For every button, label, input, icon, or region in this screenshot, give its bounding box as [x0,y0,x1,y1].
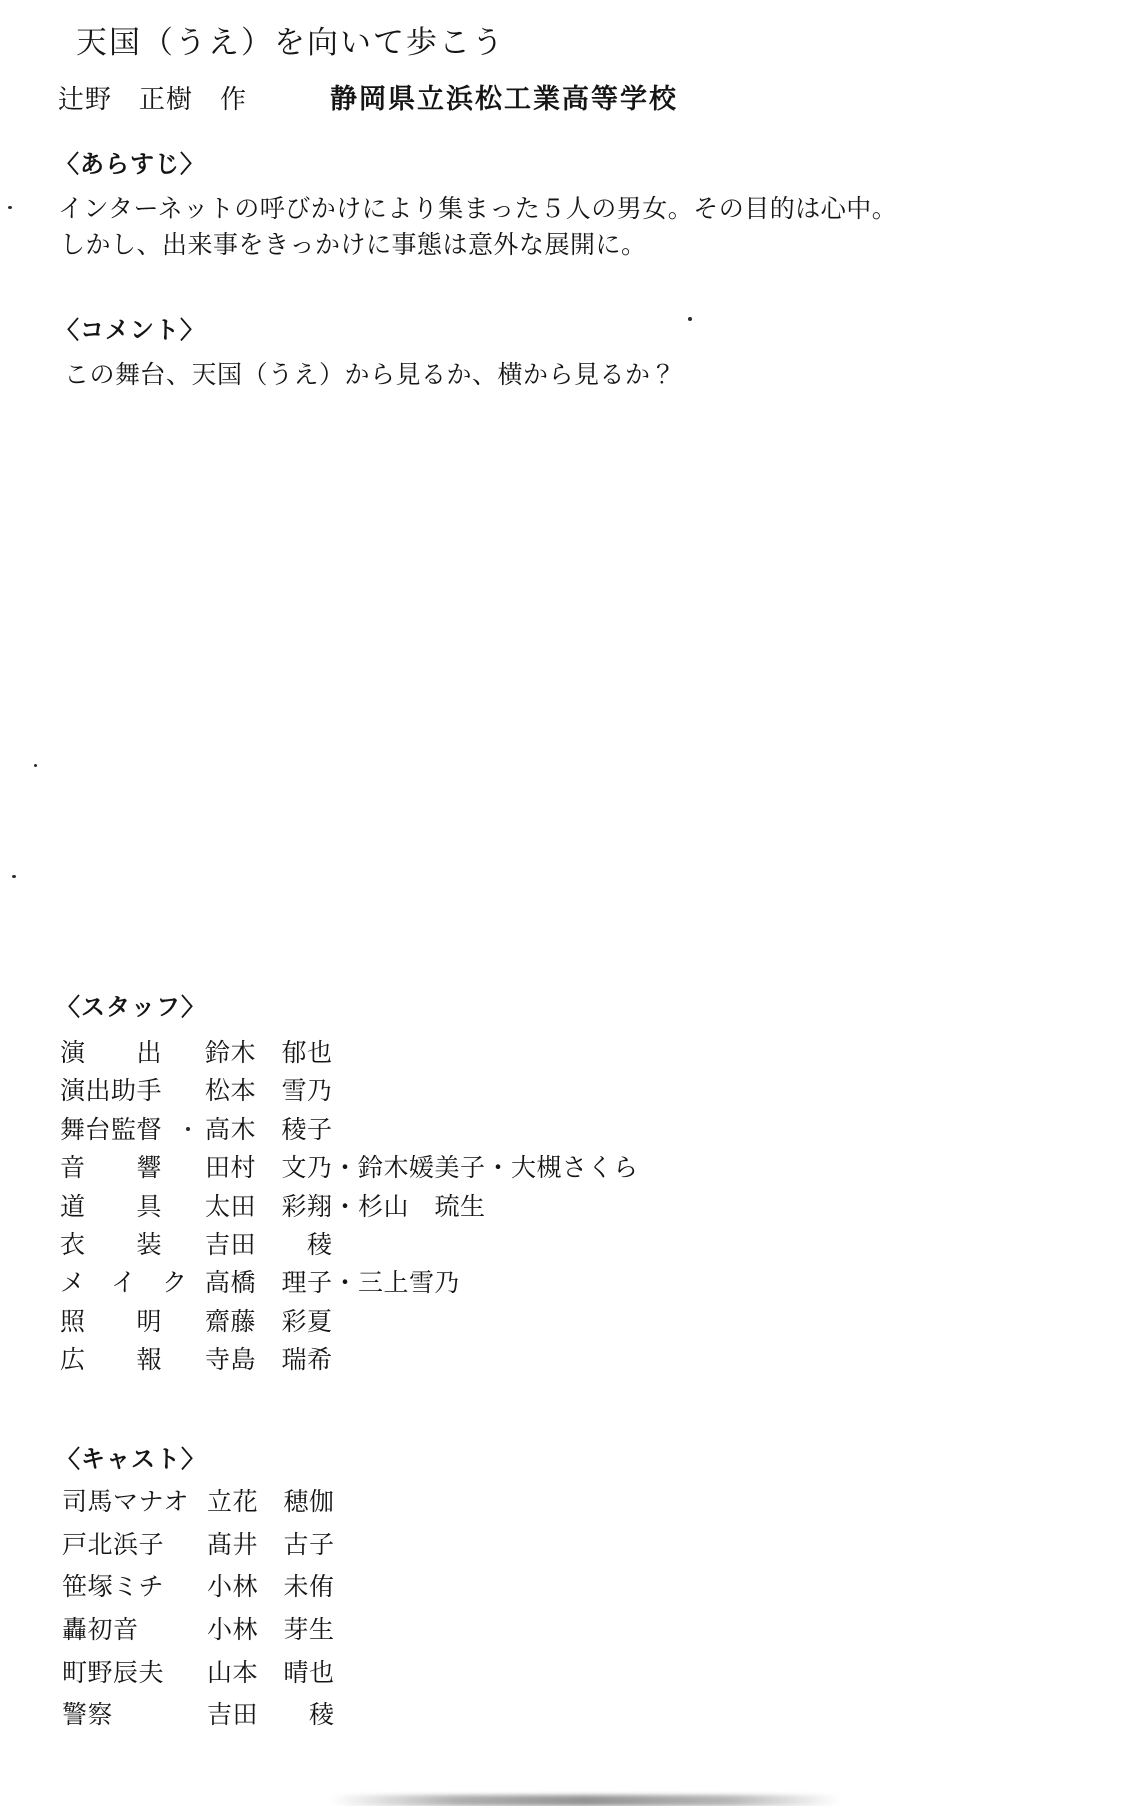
staff-member-name: 太田 彩翔・杉山 琉生 [205,1192,486,1223]
cast-row: 笹塚ミチ 小林 未侑 [62,1572,335,1615]
staff-row: 演 出 鈴木 郁也 [60,1038,639,1076]
staff-row: 照 明 齋藤 彩夏 [60,1307,639,1345]
staff-row: 広 報 寺島 瑞希 [60,1345,639,1383]
cast-role: 司馬マナオ [62,1487,207,1518]
staff-role: 衣 装 [60,1230,205,1261]
staff-member-name: 松本 雪乃 [205,1076,333,1107]
cast-role: 警察 [62,1700,207,1731]
comment-heading: 〈コメント〉 [55,316,205,346]
staff-role: メ イ ク [60,1268,205,1299]
school-name: 静岡県立浜松工業高等学校 [330,83,678,117]
cast-row: 轟初音 小林 芽生 [62,1615,335,1658]
scan-speck [8,206,12,209]
synopsis-line-1: インターネットの呼びかけにより集まった５人の男女。その目的は心中。 [58,194,897,225]
staff-member-name: 高橋 理子・三上雪乃 [205,1268,460,1299]
cast-actor-name: 吉田 稜 [207,1700,335,1731]
cast-actor-name: 小林 芽生 [207,1615,335,1646]
staff-member-name: 鈴木 郁也 [205,1038,333,1069]
staff-row: 音 響 田村 文乃・鈴木媛美子・大槻さくら [60,1153,639,1191]
staff-role: 広 報 [60,1345,205,1376]
cast-row: 警察 吉田 稜 [62,1700,335,1743]
cast-actor-name: 山本 晴也 [207,1658,335,1689]
scanned-document-page: 天国（うえ）を向いて歩こう 辻野 正樹 作 静岡県立浜松工業高等学校 〈あらすじ… [0,0,1130,1806]
staff-row: メ イ ク 高橋 理子・三上雪乃 [60,1268,639,1306]
cast-heading: 〈キャスト〉 [56,1445,206,1475]
staff-row: 衣 装 吉田 稜 [60,1230,639,1268]
cast-list: 司馬マナオ 立花 穂伽 戸北浜子 髙井 古子 笹塚ミチ 小林 未侑 轟初音 小林… [62,1487,335,1743]
cast-actor-name: 小林 未侑 [207,1572,335,1603]
cast-role: 轟初音 [62,1615,207,1646]
scan-speck [688,317,692,321]
staff-list: 演 出 鈴木 郁也 演出助手 松本 雪乃 舞台監督 高木 稜子 音 響 田村 文… [60,1038,639,1384]
staff-row: 演出助手 松本 雪乃 [60,1076,639,1114]
cast-role: 戸北浜子 [62,1530,207,1561]
staff-role: 舞台監督 [60,1115,205,1146]
scan-speck [186,1127,190,1131]
staff-member-name: 高木 稜子 [205,1115,333,1146]
staff-role: 道 具 [60,1192,205,1223]
cast-role: 町野辰夫 [62,1658,207,1689]
staff-member-name: 齋藤 彩夏 [205,1307,333,1338]
staff-member-name: 吉田 稜 [205,1230,333,1261]
scan-edge-smudge [330,1795,840,1806]
author-name: 辻野 正樹 作 [58,84,247,117]
staff-row: 道 具 太田 彩翔・杉山 琉生 [60,1192,639,1230]
cast-row: 司馬マナオ 立花 穂伽 [62,1487,335,1530]
scan-speck [34,764,37,767]
cast-actor-name: 髙井 古子 [207,1530,335,1561]
staff-role: 演 出 [60,1038,205,1069]
comment-line-1: この舞台、天国（うえ）から見るか、横から見るか？ [64,360,676,391]
staff-role: 照 明 [60,1307,205,1338]
cast-actor-name: 立花 穂伽 [207,1487,335,1518]
synopsis-heading: 〈あらすじ〉 [55,150,205,180]
staff-heading: 〈スタッフ〉 [56,993,206,1023]
staff-member-name: 田村 文乃・鈴木媛美子・大槻さくら [205,1153,639,1184]
staff-row: 舞台監督 高木 稜子 [60,1115,639,1153]
scan-speck [12,875,16,878]
cast-role: 笹塚ミチ [62,1572,207,1603]
cast-row: 戸北浜子 髙井 古子 [62,1530,335,1573]
cast-row: 町野辰夫 山本 晴也 [62,1658,335,1701]
staff-role: 音 響 [60,1153,205,1184]
page-title: 天国（うえ）を向いて歩こう [76,24,505,63]
synopsis-line-2: しかし、出来事をきっかけに事態は意外な展開に。 [60,230,647,261]
staff-member-name: 寺島 瑞希 [205,1345,333,1376]
staff-role: 演出助手 [60,1076,205,1107]
